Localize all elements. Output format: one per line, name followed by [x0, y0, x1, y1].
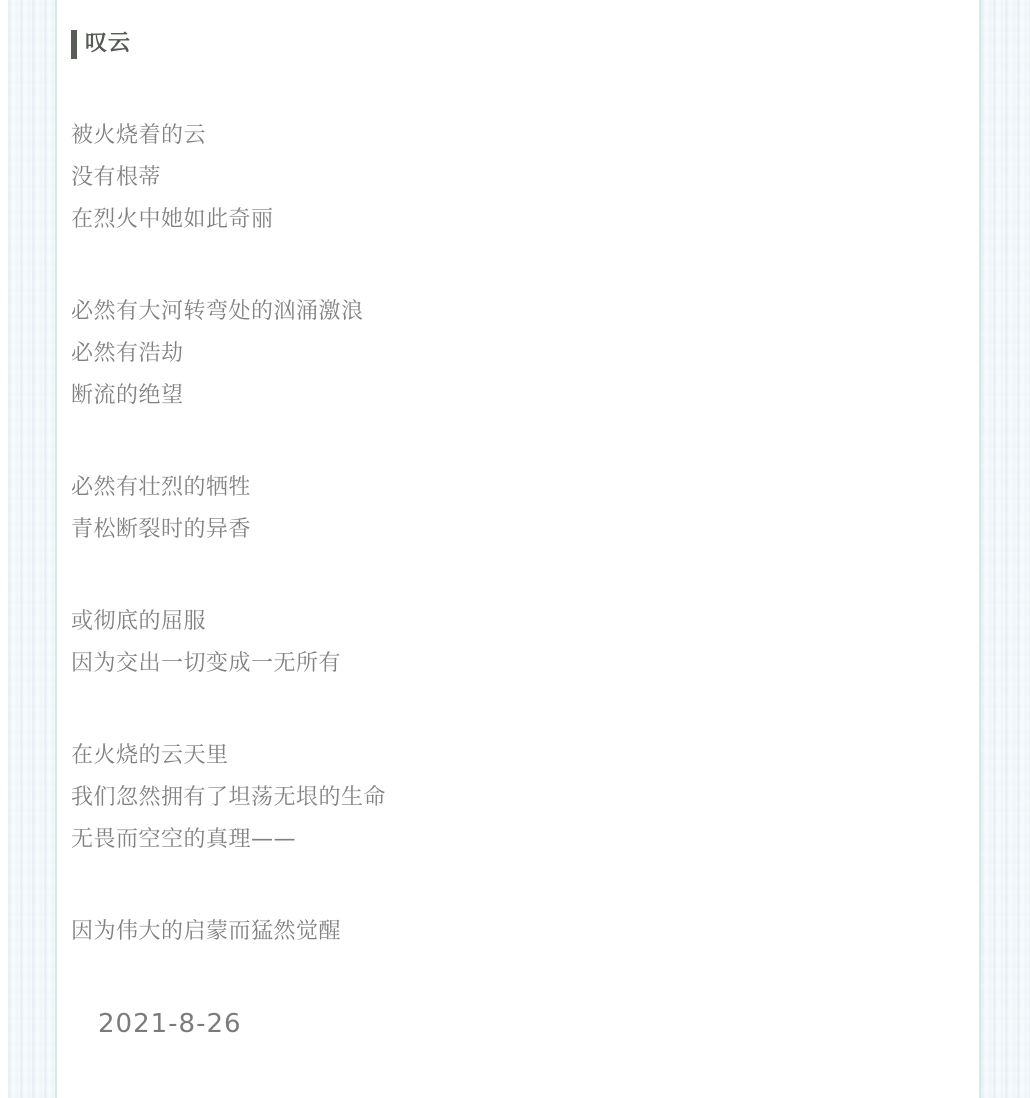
- poem-stanza-2: 必然有大河转弯处的汹涌激浪 必然有浩劫 断流的绝望: [71, 291, 949, 417]
- poem-date: 2021-8-26: [71, 1003, 949, 1045]
- poem-line: 没有根蒂: [71, 157, 949, 199]
- poem-line: 因为伟大的启蒙而猛然觉醒: [71, 911, 949, 953]
- poem-stanza-5: 在火烧的云天里 我们忽然拥有了坦荡无垠的生命 无畏而空空的真理——: [71, 735, 949, 861]
- poem-line: 我们忽然拥有了坦荡无垠的生命: [71, 777, 949, 819]
- article-content-area: 叹云 被火烧着的云 没有根蒂 在烈火中她如此奇丽 必然有大河转弯处的汹涌激浪 必…: [57, 0, 979, 1098]
- poem-line: 在火烧的云天里: [71, 735, 949, 777]
- poem-line: 必然有浩劫: [71, 333, 949, 375]
- poem-stanza-6: 因为伟大的启蒙而猛然觉醒: [71, 911, 949, 953]
- poem-line: 或彻底的屈服: [71, 601, 949, 643]
- left-background-strip: [8, 0, 57, 1098]
- poem-line: 青松断裂时的异香: [71, 509, 949, 551]
- poem-stanza-4: 或彻底的屈服 因为交出一切变成一无所有: [71, 601, 949, 685]
- poem-line: 在烈火中她如此奇丽: [71, 199, 949, 241]
- poem-line: 必然有大河转弯处的汹涌激浪: [71, 291, 949, 333]
- poem-line: 断流的绝望: [71, 375, 949, 417]
- poem-stanza-3: 必然有壮烈的牺牲 青松断裂时的异香: [71, 467, 949, 551]
- poem-line: 因为交出一切变成一无所有: [71, 643, 949, 685]
- title-accent-bar: [71, 30, 77, 59]
- poem-line: 必然有壮烈的牺牲: [71, 467, 949, 509]
- right-background-strip: [979, 0, 1030, 1098]
- post-title: 叹云: [85, 29, 131, 59]
- poem-line: 被火烧着的云: [71, 115, 949, 157]
- post-title-row: 叹云: [71, 23, 949, 65]
- poem-line: 无畏而空空的真理——: [71, 819, 949, 861]
- poem-stanza-1: 被火烧着的云 没有根蒂 在烈火中她如此奇丽: [71, 115, 949, 241]
